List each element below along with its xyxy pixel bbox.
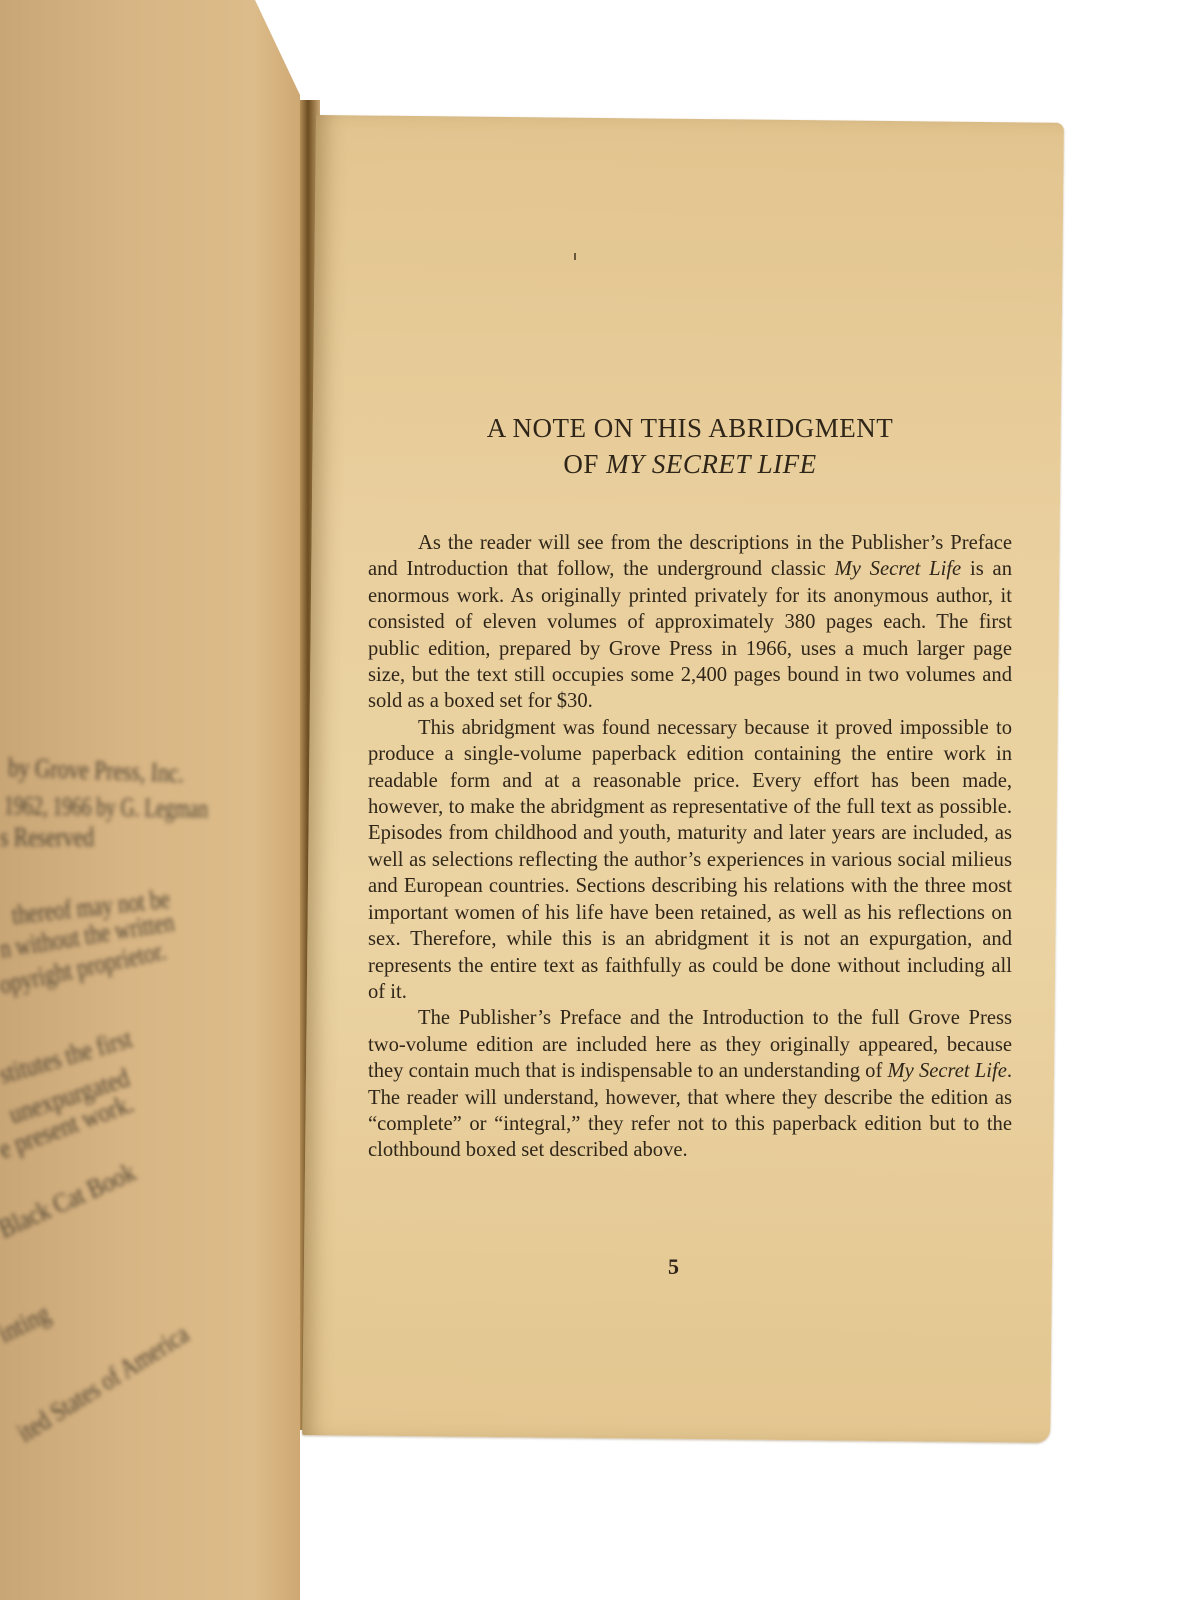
paragraph-3: The Publisher’s Preface and the Introduc…: [368, 1005, 1012, 1163]
book-title-italic: My Secret Life: [835, 558, 962, 580]
title-line-2-book-name: MY SECRET LIFE: [606, 449, 817, 479]
page-number: 5: [668, 1254, 679, 1280]
book-title-italic: My Secret Life: [887, 1060, 1006, 1082]
paragraph-1: As the reader will see from the descript…: [368, 530, 1012, 715]
copyright-line: s Reserved: [0, 822, 94, 853]
title-line-1: A NOTE ON THIS ABRIDGMENT: [487, 413, 894, 443]
copyright-line: inting: [0, 1298, 55, 1349]
copyright-line: Black Cat Book: [0, 1157, 140, 1245]
print-mark: [574, 253, 576, 260]
title-line-2-prefix: OF: [563, 449, 606, 479]
page-content: A NOTE ON THIS ABRIDGMENT OF MY SECRET L…: [368, 410, 1012, 1164]
chapter-title: A NOTE ON THIS ABRIDGMENT OF MY SECRET L…: [368, 410, 1012, 482]
copyright-line: by Grove Press, Inc.: [7, 752, 184, 789]
copyright-line: 1962, 1966 by G. Legman: [4, 790, 209, 825]
left-page-copyright-text: by Grove Press, Inc. 1962, 1966 by G. Le…: [0, 0, 318, 1600]
paragraph-2: This abridgment was found necessary beca…: [368, 715, 1012, 1005]
text-segment: This abridgment was found necessary beca…: [368, 717, 1012, 1003]
copyright-line: ited States of America: [12, 1318, 195, 1448]
text-segment: is an enormous work. As originally print…: [368, 558, 1012, 712]
body-text: As the reader will see from the descript…: [368, 530, 1012, 1164]
left-page-verso: by Grove Press, Inc. 1962, 1966 by G. Le…: [0, 0, 318, 1600]
